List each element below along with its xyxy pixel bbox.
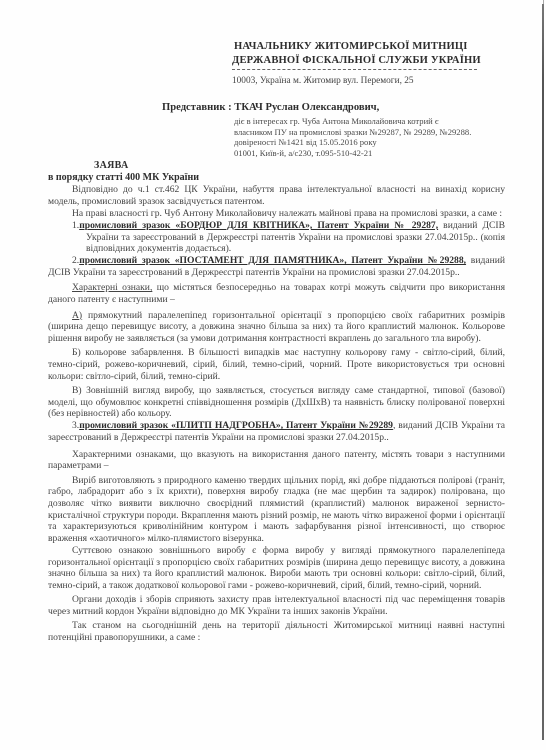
- features-intro-paragraph: Характерні ознаки, що містяться безпосер…: [48, 282, 505, 305]
- representative-block: Представник : ТКАЧ Руслан Олександрович,…: [162, 101, 532, 158]
- scan-edge-border: [542, 4, 544, 740]
- ownership-paragraph: На праві власності гр. Чуб Антону Микола…: [48, 208, 505, 220]
- patent-item-3: 3.промисловий зразок «ПЛИТП НАДГРОБНА», …: [48, 420, 505, 443]
- addressee-line-2: ДЕРЖАВНОЇ ФІСКАЛЬНОЇ СЛУЖБИ УКРАЇНИ: [232, 54, 532, 68]
- feature-b-paragraph: Б) кольорове забарвлення. В більшості ви…: [48, 347, 505, 382]
- feature-a-paragraph: А) прямокутний паралелепіпед горизонталь…: [48, 310, 505, 345]
- patent-item-heading: промисловий зразок «ПОСТАМЕНТ ДЛЯ ПАМЯТН…: [79, 255, 466, 266]
- representative-heading: Представник : ТКАЧ Руслан Олександрович,: [162, 101, 532, 114]
- patent-item-heading: промисловий зразок «ПЛИТП НАДГРОБНА», Па…: [79, 420, 393, 431]
- feature-a-text: прямокутний паралелепіпед горизонтальної…: [48, 310, 505, 344]
- document-title: ЗАЯВА: [94, 160, 505, 172]
- intro-paragraph: Відповідно до ч.1 ст.462 ЦК України, наб…: [48, 184, 505, 207]
- representative-details: діє в інтересах гр. Чуба Антона Миколайо…: [234, 116, 532, 158]
- customs-paragraph: Органи доходів і зборів сприяють захисту…: [48, 594, 505, 617]
- features-intro-underlined: Характерні ознаки,: [72, 282, 152, 293]
- representative-detail-line: довіреності №1421 від 15.05.2016 року: [234, 137, 532, 148]
- patent-item-heading: промисловий зразок «БОРДЮР ДЛЯ КВІТНИКА»…: [79, 220, 438, 231]
- features2-intro-paragraph: Характерними ознаками, що вказують на ви…: [48, 449, 505, 472]
- representative-label: Представник :: [162, 102, 232, 113]
- addressee-block: НАЧАЛЬНИКУ ЖИТОМИРСЬКОЇ МИТНИЦІ ДЕРЖАВНО…: [232, 40, 532, 87]
- document-page: НАЧАЛЬНИКУ ЖИТОМИРСЬКОЇ МИТНИЦІ ДЕРЖАВНО…: [0, 0, 546, 750]
- features2-paragraph-1: Виріб виготовляють з природного каменю т…: [48, 475, 505, 545]
- representative-name: ТКАЧ Руслан Олександрович,: [234, 102, 379, 113]
- addressee-divider: [232, 69, 477, 70]
- feature-a-label: А): [72, 310, 82, 321]
- addressee-address: 10003, Україна м. Житомир вул. Перемоги,…: [232, 75, 532, 87]
- final-paragraph: Так станом на сьогоднішній день на терит…: [48, 620, 505, 643]
- addressee-line-1: НАЧАЛЬНИКУ ЖИТОМИРСЬКОЇ МИТНИЦІ: [232, 40, 532, 54]
- patent-item-2: 2.промисловий зразок «ПОСТАМЕНТ ДЛЯ ПАМЯ…: [48, 255, 505, 278]
- document-subtitle: в порядку статті 400 МК України: [48, 172, 505, 184]
- features2-paragraph-2: Суттєвою ознакою зовнішнього виробу є фо…: [48, 545, 505, 591]
- representative-detail-line: 01001, Київ-й, а/с230, т.095-510-42-21: [234, 148, 532, 159]
- feature-c-paragraph: В) Зовнішній вигляд виробу, що заявляєть…: [48, 385, 505, 420]
- representative-detail-line: власником ПУ на промислові зразки №29287…: [234, 127, 532, 138]
- patent-item-1: 1.промисловий зразок «БОРДЮР ДЛЯ КВІТНИК…: [48, 220, 505, 255]
- document-body: ЗАЯВА в порядку статті 400 МК України Ві…: [48, 160, 505, 644]
- representative-detail-line: діє в інтересах гр. Чуба Антона Миколайо…: [234, 116, 532, 127]
